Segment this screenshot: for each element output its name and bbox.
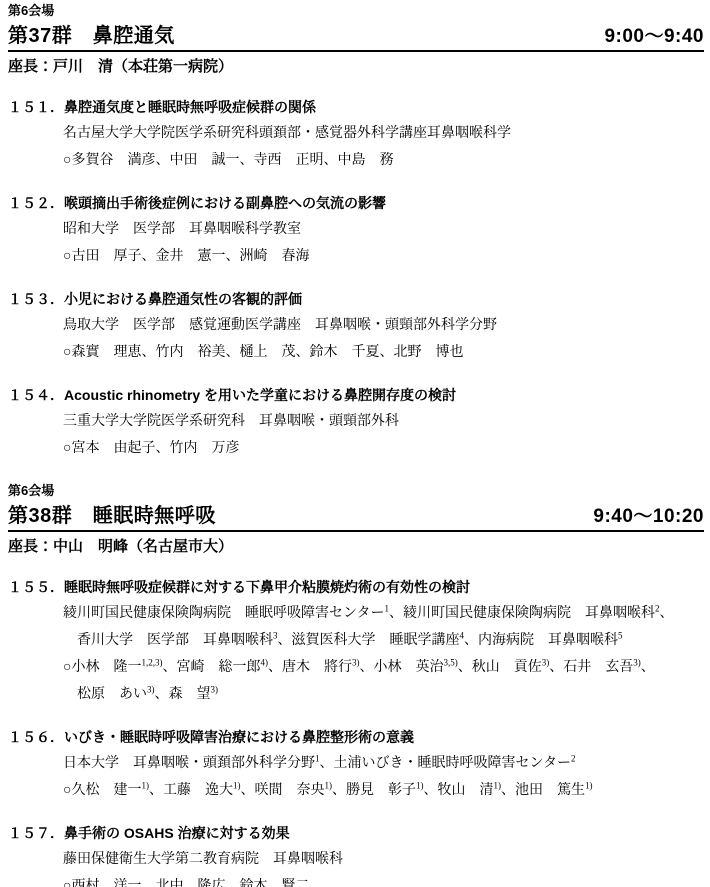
- program-item-154: １５４．Acoustic rhinometry を用いた学童における鼻腔開存度の…: [8, 387, 704, 457]
- item-number: １５５．: [8, 579, 64, 595]
- item-title-row: １５３．小児における鼻腔通気性の客観的評価: [8, 291, 704, 307]
- conference-program-page: 第6会場 第37群 鼻腔通気 9:00～9:40 座長：戸川 清（本荘第一病院）…: [0, 0, 710, 887]
- item-number: １５３．: [8, 291, 64, 307]
- item-affiliation-line: 昭和大学 医学部 耳鼻咽喉科学教室: [63, 222, 704, 238]
- item-title-row: １５５．睡眠時無呼吸症候群に対する下鼻甲介粘膜焼灼術の有効性の検討: [8, 579, 704, 595]
- session-block-group37: 第6会場 第37群 鼻腔通気 9:00～9:40 座長：戸川 清（本荘第一病院）…: [8, 3, 704, 457]
- program-item-155: １５５．睡眠時無呼吸症候群に対する下鼻甲介粘膜焼灼術の有効性の検討 綾川町国民健…: [8, 579, 704, 703]
- item-number: １５７．: [8, 825, 64, 841]
- item-title-row: １５２．喉頭摘出手術後症例における副鼻腔への気流の影響: [8, 195, 704, 211]
- item-title: 睡眠時無呼吸症候群に対する下鼻甲介粘膜焼灼術の有効性の検討: [64, 579, 470, 595]
- program-item-156: １５６．いびき・睡眠時呼吸障害治療における鼻腔整形術の意義 日本大学 耳鼻咽喉・…: [8, 729, 704, 799]
- item-title: 喉頭摘出手術後症例における副鼻腔への気流の影響: [64, 195, 386, 211]
- item-number: １５６．: [8, 729, 64, 745]
- item-title: いびき・睡眠時呼吸障害治療における鼻腔整形術の意義: [64, 729, 414, 745]
- item-authors-line: ○久松 建一1)、工藤 逸大1)、咲間 奈央1)、勝見 彰子1)、牧山 清1)、…: [63, 783, 704, 799]
- item-affiliation-line: 藤田保健衛生大学第二教育病院 耳鼻咽喉科: [63, 852, 704, 868]
- session-time: 9:40～10:20: [593, 506, 704, 528]
- item-title: 鼻手術の OSAHS 治療に対する効果: [64, 825, 290, 841]
- item-authors-line: ○西村 洋一、北中 隆広、鈴木 賢二: [63, 879, 704, 887]
- session-time: 9:00～9:40: [604, 26, 704, 48]
- session-chair: 座長：中山 明峰（名古屋市大）: [8, 538, 704, 555]
- session-group-title: 第37群 鼻腔通気: [8, 25, 175, 48]
- session-group-title: 第38群 睡眠時無呼吸: [8, 505, 216, 528]
- session-items: １５５．睡眠時無呼吸症候群に対する下鼻甲介粘膜焼灼術の有効性の検討 綾川町国民健…: [8, 579, 704, 887]
- program-item-151: １５１．鼻腔通気度と睡眠時無呼吸症候群の関係 名古屋大学大学院医学系研究科頭頚部…: [8, 99, 704, 169]
- item-affiliation-line: 綾川町国民健康保険陶病院 睡眠呼吸障害センター1、綾川町国民健康保険陶病院 耳鼻…: [63, 606, 704, 622]
- item-title: Acoustic rhinometry を用いた学童における鼻腔開存度の検討: [64, 387, 456, 403]
- item-title-row: １５４．Acoustic rhinometry を用いた学童における鼻腔開存度の…: [8, 387, 704, 403]
- item-number: １５４．: [8, 387, 64, 403]
- venue-label: 第6会場: [8, 483, 704, 498]
- program-item-152: １５２．喉頭摘出手術後症例における副鼻腔への気流の影響 昭和大学 医学部 耳鼻咽…: [8, 195, 704, 265]
- item-number: １５２．: [8, 195, 64, 211]
- item-affiliation-line: 香川大学 医学部 耳鼻咽喉科3、滋賀医科大学 睡眠学講座4、内海病院 耳鼻咽喉科…: [77, 633, 704, 649]
- item-authors-line: ○小林 隆一1,2,3)、宮崎 総一郎4)、唐木 將行3)、小林 英治3,5)、…: [63, 660, 704, 676]
- item-authors-line: ○森實 理恵、竹内 裕美、樋上 茂、鈴木 千夏、北野 博也: [63, 345, 704, 361]
- item-number: １５１．: [8, 99, 64, 115]
- session-items: １５１．鼻腔通気度と睡眠時無呼吸症候群の関係 名古屋大学大学院医学系研究科頭頚部…: [8, 99, 704, 457]
- item-title-row: １５１．鼻腔通気度と睡眠時無呼吸症候群の関係: [8, 99, 704, 115]
- program-item-157: １５７．鼻手術の OSAHS 治療に対する効果 藤田保健衛生大学第二教育病院 耳…: [8, 825, 704, 887]
- item-title: 鼻腔通気度と睡眠時無呼吸症候群の関係: [64, 99, 316, 115]
- item-authors-line: ○古田 厚子、金井 憲一、洲崎 春海: [63, 249, 704, 265]
- program-item-153: １５３．小児における鼻腔通気性の客観的評価 鳥取大学 医学部 感覚運動医学講座 …: [8, 291, 704, 361]
- item-authors-line: ○宮本 由起子、竹内 万彦: [63, 441, 704, 457]
- item-affiliation-line: 名古屋大学大学院医学系研究科頭頚部・感覚器外科学講座耳鼻咽喉科学: [63, 126, 704, 142]
- session-header: 第38群 睡眠時無呼吸 9:40～10:20: [8, 505, 704, 532]
- venue-label: 第6会場: [8, 3, 704, 18]
- item-affiliation-line: 鳥取大学 医学部 感覚運動医学講座 耳鼻咽喉・頭頸部外科学分野: [63, 318, 704, 334]
- session-block-group38: 第6会場 第38群 睡眠時無呼吸 9:40～10:20 座長：中山 明峰（名古屋…: [8, 483, 704, 887]
- item-title-row: １５７．鼻手術の OSAHS 治療に対する効果: [8, 825, 704, 841]
- item-title: 小児における鼻腔通気性の客観的評価: [64, 291, 302, 307]
- session-header: 第37群 鼻腔通気 9:00～9:40: [8, 25, 704, 52]
- item-authors-line: 松原 あい3)、森 望3): [77, 687, 704, 703]
- session-chair: 座長：戸川 清（本荘第一病院）: [8, 58, 704, 75]
- item-affiliation-line: 日本大学 耳鼻咽喉・頭頚部外科学分野1、土浦いびき・睡眠時呼吸障害センター2: [63, 756, 704, 772]
- item-title-row: １５６．いびき・睡眠時呼吸障害治療における鼻腔整形術の意義: [8, 729, 704, 745]
- item-affiliation-line: 三重大学大学院医学系研究科 耳鼻咽喉・頭頸部外科: [63, 414, 704, 430]
- item-authors-line: ○多賀谷 満彦、中田 誠一、寺西 正明、中島 務: [63, 153, 704, 169]
